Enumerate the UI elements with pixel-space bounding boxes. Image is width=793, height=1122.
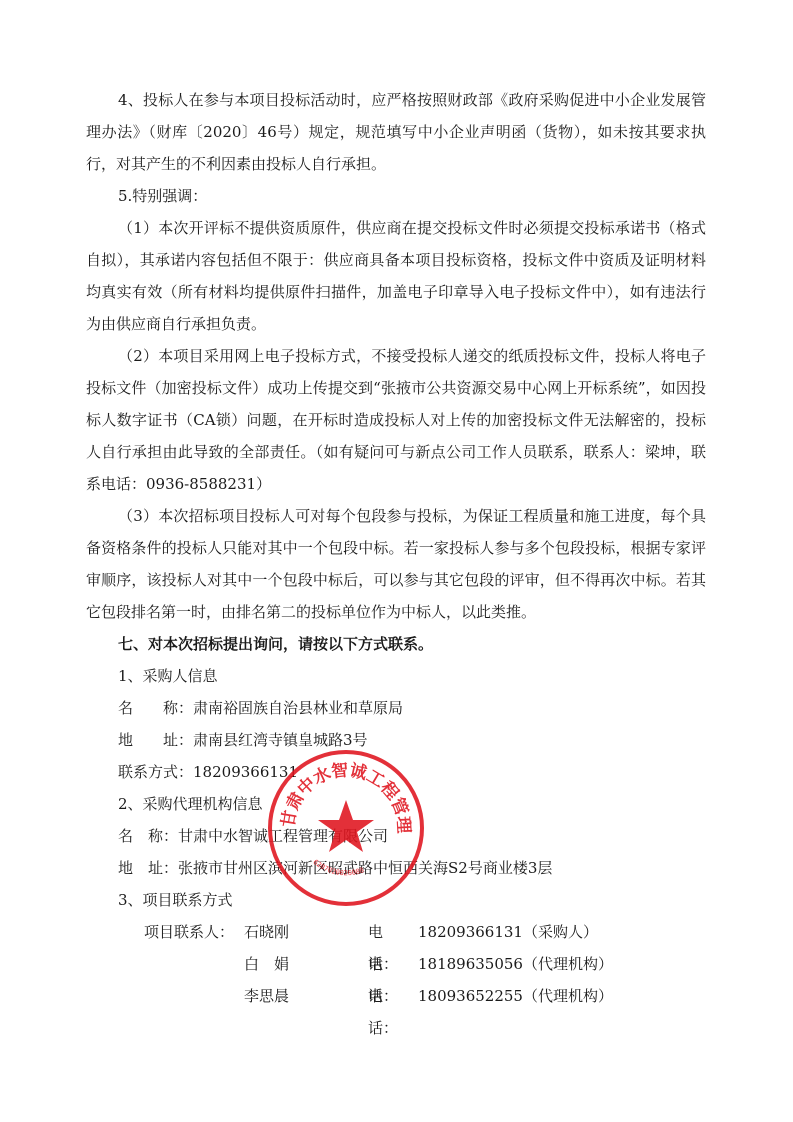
agency-name-value: 甘肃中水智诚工程管理有限公司 xyxy=(178,820,388,852)
phone-label: 电 话： xyxy=(368,980,418,1012)
document-body: 4、投标人在参与本项目投标活动时，应严格按照财政部《政府采购促进中小企业发展管理… xyxy=(86,84,706,1012)
agency-name-row: 名 称： 甘肃中水智诚工程管理有限公司 xyxy=(86,820,706,852)
paragraph-5-3: （3）本次招标项目投标人可对每个包段参与投标，为保证工程质量和施工进度，每个具备… xyxy=(86,500,706,628)
paragraph-4: 4、投标人在参与本项目投标活动时，应严格按照财政部《政府采购促进中小企业发展管理… xyxy=(86,84,706,180)
project-contacts-table: 项目联系人： 石晓刚 电 话： 18209366131（采购人） 白 娟 电 话… xyxy=(144,916,706,1012)
contact-phone: 18189635056（代理机构） xyxy=(418,948,613,980)
phone-label: 电 话： xyxy=(368,948,418,980)
spacer xyxy=(144,980,244,1012)
phone-label: 电 话： xyxy=(368,916,418,948)
purchaser-address-label: 地 址： xyxy=(118,724,193,756)
purchaser-info-title: 1、采购人信息 xyxy=(86,660,706,692)
purchaser-name-label: 名 称： xyxy=(118,692,193,724)
contact-name: 李思晨 xyxy=(244,980,368,1012)
purchaser-name-value: 肃南裕固族自治县林业和草原局 xyxy=(193,692,403,724)
contact-phone: 18209366131（采购人） xyxy=(418,916,598,948)
contact-row: 项目联系人： 石晓刚 电 话： 18209366131（采购人） xyxy=(144,916,706,948)
agency-name-label: 名 称： xyxy=(118,820,178,852)
project-contact-label: 项目联系人： xyxy=(144,916,244,948)
purchaser-contact-value: 18209366131 xyxy=(193,756,298,788)
purchaser-contact-row: 联系方式： 18209366131 xyxy=(86,756,706,788)
purchaser-address-row: 地 址： 肃南县红湾寺镇皇城路3号 xyxy=(86,724,706,756)
purchaser-name-row: 名 称： 肃南裕固族自治县林业和草原局 xyxy=(86,692,706,724)
agency-address-row: 地 址： 张掖市甘州区滨河新区昭武路中恒西关海S2号商业楼3层 xyxy=(86,852,706,884)
contact-row: 李思晨 电 话： 18093652255（代理机构） xyxy=(144,980,706,1012)
section-7-heading: 七、对本次招标提出询问，请按以下方式联系。 xyxy=(86,628,706,660)
paragraph-5-title: 5.特别强调： xyxy=(86,180,706,212)
spacer xyxy=(144,948,244,980)
purchaser-contact-label: 联系方式： xyxy=(118,756,193,788)
project-contacts-title: 3、项目联系方式 xyxy=(86,884,706,916)
contact-phone: 18093652255（代理机构） xyxy=(418,980,613,1012)
contact-name: 白 娟 xyxy=(244,948,368,980)
paragraph-5-2: （2）本项目采用网上电子投标方式，不接受投标人递交的纸质投标文件，投标人将电子投… xyxy=(86,340,706,500)
document-page: 4、投标人在参与本项目投标活动时，应严格按照财政部《政府采购促进中小企业发展管理… xyxy=(0,0,793,1122)
agency-address-label: 地 址： xyxy=(118,852,178,884)
agency-address-value: 张掖市甘州区滨河新区昭武路中恒西关海S2号商业楼3层 xyxy=(178,852,552,884)
contact-row: 白 娟 电 话： 18189635056（代理机构） xyxy=(144,948,706,980)
contact-name: 石晓刚 xyxy=(244,916,368,948)
paragraph-5-1: （1）本次开评标不提供资质原件，供应商在提交投标文件时必须提交投标承诺书（格式自… xyxy=(86,212,706,340)
agency-info-title: 2、采购代理机构信息 xyxy=(86,788,706,820)
purchaser-address-value: 肃南县红湾寺镇皇城路3号 xyxy=(193,724,368,756)
